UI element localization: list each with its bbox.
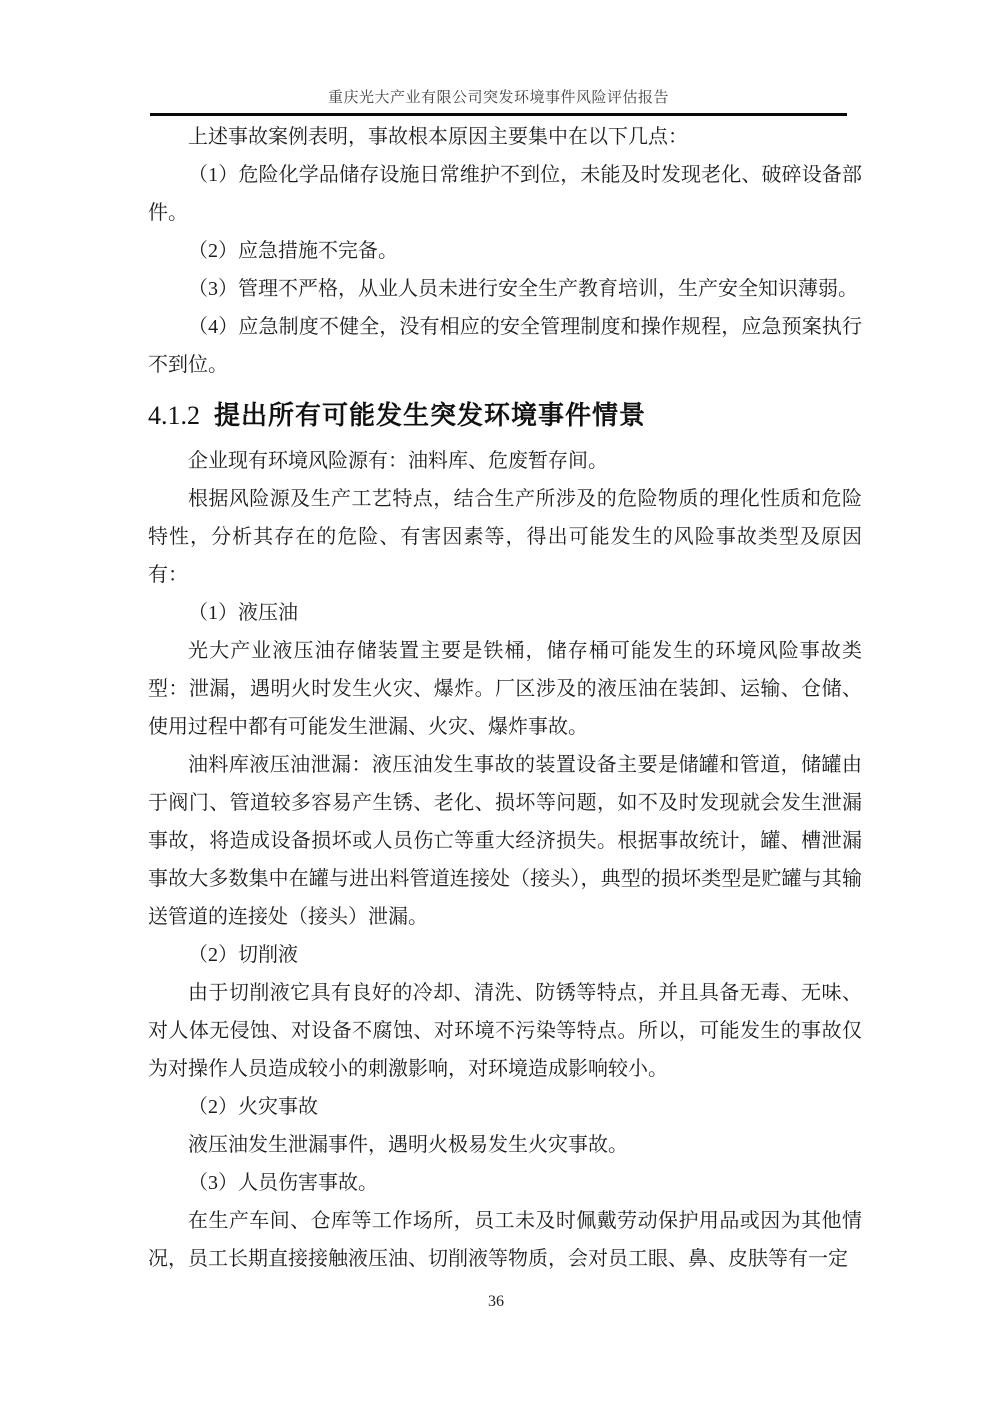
section-number: 4.1.2 xyxy=(148,401,200,430)
paragraph: （2）切削液 xyxy=(148,936,862,974)
page-number: 36 xyxy=(488,1293,504,1310)
paragraph: 液压油发生泄漏事件，遇明火极易发生火灾事故。 xyxy=(148,1126,862,1164)
paragraph: 在生产车间、仓库等工作场所，员工未及时佩戴劳动保护用品或因为其他情况，员工长期直… xyxy=(148,1202,862,1278)
paragraph: 根据风险源及生产工艺特点，结合生产所涉及的危险物质的理化性质和危险特性，分析其存… xyxy=(148,480,862,594)
paragraph: （1）危险化学品储存设施日常维护不到位，未能及时发现老化、破碎设备部件。 xyxy=(148,156,862,232)
section-title: 提出所有可能发生突发环境事件情景 xyxy=(214,400,646,430)
paragraph: 油料库液压油泄漏：液压油发生事故的装置设备主要是储罐和管道，储罐由于阀门、管道较… xyxy=(148,746,862,936)
paragraph: （4）应急制度不健全，没有相应的安全管理制度和操作规程，应急预案执行不到位。 xyxy=(148,308,862,384)
paragraph: 上述事故案例表明，事故根本原因主要集中在以下几点： xyxy=(148,118,862,156)
section-heading: 4.1.2提出所有可能发生突发环境事件情景 xyxy=(148,394,862,437)
paragraph: （3）管理不严格，从业人员未进行安全生产教育培训，生产安全知识薄弱。 xyxy=(148,270,862,308)
paragraph: （2）火灾事故 xyxy=(148,1088,862,1126)
document-page: 重庆光大产业有限公司突发环境事件风险评估报告 上述事故案例表明，事故根本原因主要… xyxy=(0,0,992,1403)
paragraph: （3）人员伤害事故。 xyxy=(148,1164,862,1202)
paragraph: 企业现有环境风险源有：油料库、危废暂存间。 xyxy=(148,442,862,480)
paragraph: （2）应急措施不完备。 xyxy=(148,232,862,270)
page-content: 上述事故案例表明，事故根本原因主要集中在以下几点： （1）危险化学品储存设施日常… xyxy=(148,116,862,1278)
page-footer: 36 xyxy=(0,1293,992,1311)
paragraph: 光大产业液压油存储装置主要是铁桶，储存桶可能发生的环境风险事故类型：泄漏，遇明火… xyxy=(148,632,862,746)
paragraph: 由于切削液它具有良好的冷却、清洗、防锈等特点，并且具备无毒、无味、对人体无侵蚀、… xyxy=(148,974,862,1088)
page-header: 重庆光大产业有限公司突发环境事件风险评估报告 xyxy=(150,0,847,116)
paragraph: （1）液压油 xyxy=(148,594,862,632)
header-title: 重庆光大产业有限公司突发环境事件风险评估报告 xyxy=(150,89,847,107)
